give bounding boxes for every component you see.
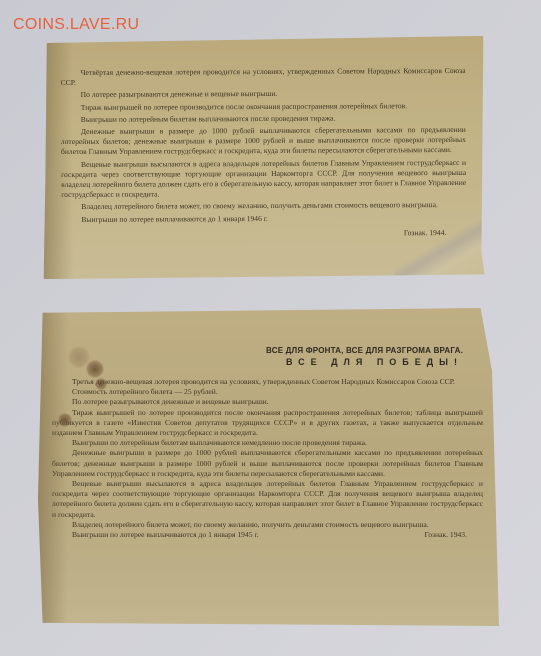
ticket-top-paragraph: Владелец лотерейного билета может, по св… bbox=[61, 200, 466, 212]
paper-edge-shade bbox=[42, 38, 73, 279]
stain bbox=[95, 378, 107, 390]
watermark: COINS.LAVE.RU bbox=[13, 16, 139, 34]
ticket-bottom-paragraph: Тираж выигрышей по лотерее производится … bbox=[52, 408, 483, 439]
ticket-top-paragraph: Вещевые выигрыши высылаются в адреса вла… bbox=[61, 158, 466, 201]
lottery-ticket-1943-back: ВСЕ ДЛЯ ФРОНТА, ВСЕ ДЛЯ РАЗГРОМА ВРАГА. … bbox=[38, 308, 499, 626]
stain bbox=[58, 413, 72, 427]
ticket-bottom-paragraph: Стоимость лотерейного билета — 25 рублей… bbox=[52, 387, 483, 397]
slogan-line-1: ВСЕ ДЛЯ ФРОНТА, ВСЕ ДЛЯ РАЗГРОМА ВРАГА. bbox=[52, 346, 483, 355]
ticket-top-paragraph: По лотерее разыгрываются денежные и веще… bbox=[61, 88, 466, 100]
payout-deadline: Выигрыши по лотерее выплачиваются до 1 я… bbox=[52, 530, 259, 539]
ticket-top-paragraph: Четвёртая денежно-вещевая лотерея провод… bbox=[61, 66, 466, 89]
printer-signature: Гознак. 1943. bbox=[424, 530, 467, 539]
ticket-bottom-paragraph: Владелец лотерейного билета может, по св… bbox=[52, 520, 483, 530]
ticket-top-paragraph: Тираж выигрышей по лотерее производится … bbox=[61, 101, 466, 113]
slogan-line-2: ВСЕ ДЛЯ ПОБЕДЫ! bbox=[52, 357, 483, 367]
ticket-bottom-paragraph: Вещевые выигрыши высылаются в адреса вла… bbox=[52, 479, 483, 520]
ticket-top-paragraph: Денежные выигрыши в размере до 1000 рубл… bbox=[61, 125, 466, 158]
paper-fold bbox=[394, 217, 484, 277]
stain bbox=[68, 346, 90, 368]
ticket-bottom-paragraph: Третья денежно-вещевая лотерея проводитс… bbox=[52, 377, 483, 387]
paper-edge-shade bbox=[38, 308, 68, 626]
ticket-bottom-paragraph: По лотерее разыгрываются денежные и веще… bbox=[52, 397, 483, 407]
ticket-bottom-paragraph: Выигрыши по лотерейным билетам выплачива… bbox=[52, 438, 483, 448]
ticket-bottom-paragraph: Денежные выигрыши в размере до 1000 рубл… bbox=[52, 448, 483, 479]
lottery-ticket-1944-back: Четвёртая денежно-вещевая лотерея провод… bbox=[42, 36, 484, 279]
ticket-bottom-footer: Выигрыши по лотерее выплачиваются до 1 я… bbox=[52, 530, 483, 539]
ticket-top-paragraph: Выигрыши по лотерейным билетам выплачива… bbox=[61, 113, 466, 125]
stain bbox=[86, 360, 104, 378]
